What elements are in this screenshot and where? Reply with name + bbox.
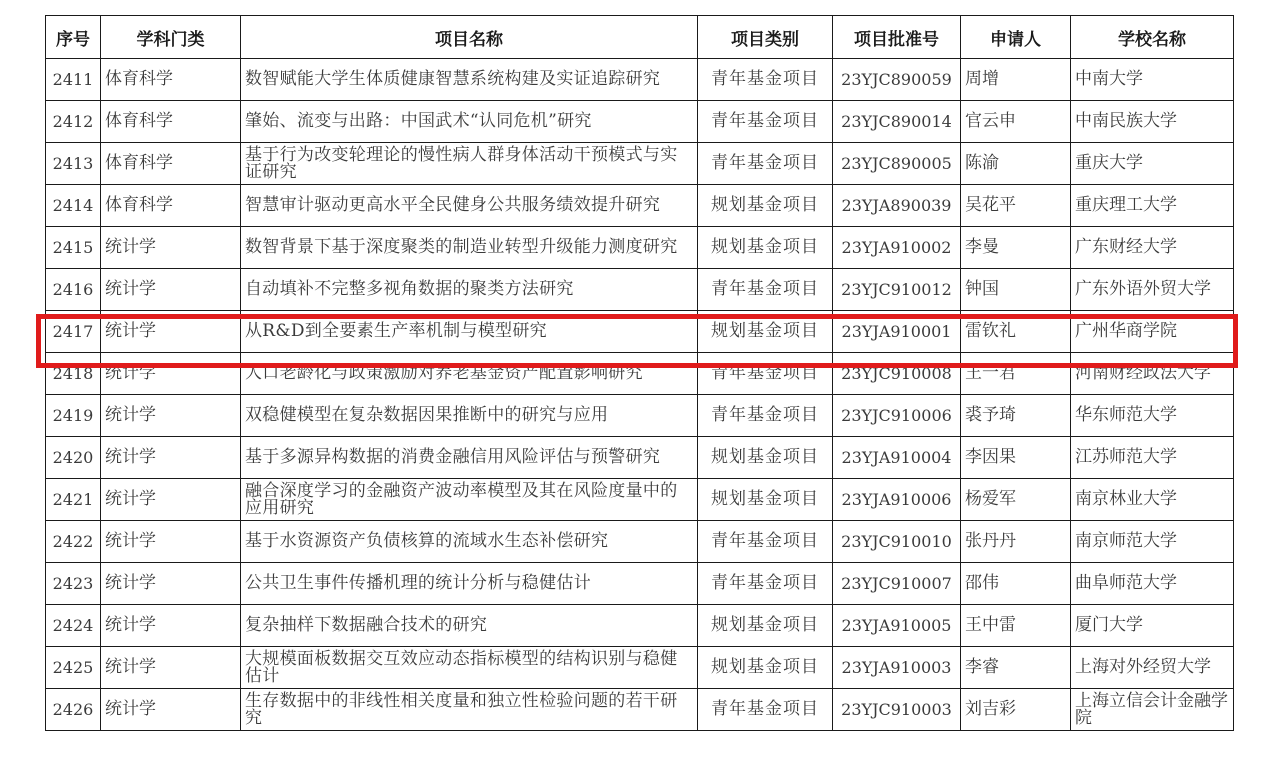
cell-approval-code: 23YJC910003 bbox=[833, 689, 961, 731]
cell-applicant: 钟国 bbox=[961, 269, 1071, 311]
cell-school: 厦门大学 bbox=[1071, 605, 1234, 647]
table-row: 2420 统计学 基于多源异构数据的消费金融信用风险评估与预警研究 规划基金项目… bbox=[46, 437, 1234, 479]
cell-project-type: 规划基金项目 bbox=[698, 605, 833, 647]
cell-project-type: 规划基金项目 bbox=[698, 437, 833, 479]
cell-project-type: 青年基金项目 bbox=[698, 143, 833, 185]
cell-approval-code: 23YJC910008 bbox=[833, 353, 961, 395]
cell-approval-code: 23YJA910006 bbox=[833, 479, 961, 521]
cell-approval-code: 23YJA910004 bbox=[833, 437, 961, 479]
cell-project-name: 融合深度学习的金融资产波动率模型及其在风险度量中的应用研究 bbox=[241, 479, 698, 521]
cell-discipline: 统计学 bbox=[101, 689, 241, 731]
cell-approval-code: 23YJC890014 bbox=[833, 101, 961, 143]
column-header-school: 学校名称 bbox=[1071, 16, 1234, 59]
cell-no: 2426 bbox=[46, 689, 101, 731]
cell-applicant: 官云申 bbox=[961, 101, 1071, 143]
cell-project-name: 双稳健模型在复杂数据因果推断中的研究与应用 bbox=[241, 395, 698, 437]
cell-school: 华东师范大学 bbox=[1071, 395, 1234, 437]
table-row: 2424 统计学 复杂抽样下数据融合技术的研究 规划基金项目 23YJA9100… bbox=[46, 605, 1234, 647]
cell-discipline: 统计学 bbox=[101, 353, 241, 395]
cell-no: 2424 bbox=[46, 605, 101, 647]
column-header-applicant: 申请人 bbox=[961, 16, 1071, 59]
cell-project-name: 肇始、流变与出路：中国武术“认同危机”研究 bbox=[241, 101, 698, 143]
cell-school: 中南大学 bbox=[1071, 59, 1234, 101]
cell-no: 2411 bbox=[46, 59, 101, 101]
cell-project-name: 基于行为改变轮理论的慢性病人群身体活动干预模式与实证研究 bbox=[241, 143, 698, 185]
cell-discipline: 体育科学 bbox=[101, 101, 241, 143]
cell-discipline: 统计学 bbox=[101, 647, 241, 689]
table-row: 2421 统计学 融合深度学习的金融资产波动率模型及其在风险度量中的应用研究 规… bbox=[46, 479, 1234, 521]
cell-project-type: 规划基金项目 bbox=[698, 479, 833, 521]
cell-applicant: 吴花平 bbox=[961, 185, 1071, 227]
cell-school: 上海对外经贸大学 bbox=[1071, 647, 1234, 689]
cell-discipline: 统计学 bbox=[101, 521, 241, 563]
cell-school: 中南民族大学 bbox=[1071, 101, 1234, 143]
cell-no: 2418 bbox=[46, 353, 101, 395]
cell-discipline: 统计学 bbox=[101, 269, 241, 311]
table-header-row: 序号 学科门类 项目名称 项目类别 项目批准号 申请人 学校名称 bbox=[46, 16, 1234, 59]
cell-school: 南京林业大学 bbox=[1071, 479, 1234, 521]
table-row: 2419 统计学 双稳健模型在复杂数据因果推断中的研究与应用 青年基金项目 23… bbox=[46, 395, 1234, 437]
cell-no: 2414 bbox=[46, 185, 101, 227]
cell-discipline: 统计学 bbox=[101, 395, 241, 437]
cell-applicant: 裘予琦 bbox=[961, 395, 1071, 437]
cell-project-type: 青年基金项目 bbox=[698, 353, 833, 395]
cell-no: 2415 bbox=[46, 227, 101, 269]
cell-project-type: 规划基金项目 bbox=[698, 647, 833, 689]
cell-no: 2416 bbox=[46, 269, 101, 311]
cell-school: 重庆理工大学 bbox=[1071, 185, 1234, 227]
cell-school: 上海立信会计金融学院 bbox=[1071, 689, 1234, 731]
cell-project-name: 从R&D到全要素生产率机制与模型研究 bbox=[241, 311, 698, 353]
cell-approval-code: 23YJC890005 bbox=[833, 143, 961, 185]
cell-project-name: 智慧审计驱动更高水平全民健身公共服务绩效提升研究 bbox=[241, 185, 698, 227]
cell-applicant: 张丹丹 bbox=[961, 521, 1071, 563]
cell-approval-code: 23YJC910007 bbox=[833, 563, 961, 605]
table-row: 2418 统计学 人口老龄化与政策激励对养老基金资产配置影响研究 青年基金项目 … bbox=[46, 353, 1234, 395]
cell-approval-code: 23YJC910010 bbox=[833, 521, 961, 563]
cell-school: 河南财经政法大学 bbox=[1071, 353, 1234, 395]
cell-project-type: 规划基金项目 bbox=[698, 311, 833, 353]
cell-approval-code: 23YJA910001 bbox=[833, 311, 961, 353]
cell-no: 2412 bbox=[46, 101, 101, 143]
cell-project-type: 青年基金项目 bbox=[698, 59, 833, 101]
column-header-no: 序号 bbox=[46, 16, 101, 59]
cell-applicant: 杨爱军 bbox=[961, 479, 1071, 521]
cell-applicant: 李睿 bbox=[961, 647, 1071, 689]
cell-no: 2413 bbox=[46, 143, 101, 185]
cell-project-type: 青年基金项目 bbox=[698, 395, 833, 437]
project-list-table: 序号 学科门类 项目名称 项目类别 项目批准号 申请人 学校名称 2411 体育… bbox=[45, 15, 1234, 731]
cell-no: 2423 bbox=[46, 563, 101, 605]
cell-project-type: 青年基金项目 bbox=[698, 689, 833, 731]
column-header-project-type: 项目类别 bbox=[698, 16, 833, 59]
cell-project-type: 规划基金项目 bbox=[698, 185, 833, 227]
cell-applicant: 陈渝 bbox=[961, 143, 1071, 185]
cell-approval-code: 23YJC890059 bbox=[833, 59, 961, 101]
cell-project-name: 复杂抽样下数据融合技术的研究 bbox=[241, 605, 698, 647]
cell-school: 南京师范大学 bbox=[1071, 521, 1234, 563]
project-list-table-container: 序号 学科门类 项目名称 项目类别 项目批准号 申请人 学校名称 2411 体育… bbox=[45, 15, 1233, 731]
cell-discipline: 体育科学 bbox=[101, 59, 241, 101]
cell-discipline: 统计学 bbox=[101, 311, 241, 353]
cell-applicant: 李因果 bbox=[961, 437, 1071, 479]
cell-school: 广东外语外贸大学 bbox=[1071, 269, 1234, 311]
table-row-highlighted: 2417 统计学 从R&D到全要素生产率机制与模型研究 规划基金项目 23YJA… bbox=[46, 311, 1234, 353]
cell-school: 江苏师范大学 bbox=[1071, 437, 1234, 479]
table-row: 2414 体育科学 智慧审计驱动更高水平全民健身公共服务绩效提升研究 规划基金项… bbox=[46, 185, 1234, 227]
cell-applicant: 刘吉彩 bbox=[961, 689, 1071, 731]
cell-project-type: 青年基金项目 bbox=[698, 563, 833, 605]
cell-project-type: 青年基金项目 bbox=[698, 269, 833, 311]
cell-discipline: 体育科学 bbox=[101, 185, 241, 227]
cell-discipline: 统计学 bbox=[101, 227, 241, 269]
cell-project-name: 自动填补不完整多视角数据的聚类方法研究 bbox=[241, 269, 698, 311]
cell-applicant: 邵伟 bbox=[961, 563, 1071, 605]
cell-no: 2425 bbox=[46, 647, 101, 689]
column-header-discipline: 学科门类 bbox=[101, 16, 241, 59]
table-row: 2416 统计学 自动填补不完整多视角数据的聚类方法研究 青年基金项目 23YJ… bbox=[46, 269, 1234, 311]
cell-discipline: 统计学 bbox=[101, 437, 241, 479]
cell-approval-code: 23YJA890039 bbox=[833, 185, 961, 227]
cell-school: 曲阜师范大学 bbox=[1071, 563, 1234, 605]
cell-approval-code: 23YJA910002 bbox=[833, 227, 961, 269]
cell-discipline: 体育科学 bbox=[101, 143, 241, 185]
cell-project-name: 公共卫生事件传播机理的统计分析与稳健估计 bbox=[241, 563, 698, 605]
cell-discipline: 统计学 bbox=[101, 605, 241, 647]
cell-no: 2419 bbox=[46, 395, 101, 437]
cell-project-name: 数智背景下基于深度聚类的制造业转型升级能力测度研究 bbox=[241, 227, 698, 269]
cell-project-type: 规划基金项目 bbox=[698, 227, 833, 269]
cell-project-name: 基于多源异构数据的消费金融信用风险评估与预警研究 bbox=[241, 437, 698, 479]
table-row: 2425 统计学 大规模面板数据交互效应动态指标模型的结构识别与稳健估计 规划基… bbox=[46, 647, 1234, 689]
cell-project-type: 青年基金项目 bbox=[698, 101, 833, 143]
table-row: 2413 体育科学 基于行为改变轮理论的慢性病人群身体活动干预模式与实证研究 青… bbox=[46, 143, 1234, 185]
table-row: 2415 统计学 数智背景下基于深度聚类的制造业转型升级能力测度研究 规划基金项… bbox=[46, 227, 1234, 269]
cell-school: 广东财经大学 bbox=[1071, 227, 1234, 269]
column-header-project-name: 项目名称 bbox=[241, 16, 698, 59]
cell-no: 2420 bbox=[46, 437, 101, 479]
cell-applicant: 王中雷 bbox=[961, 605, 1071, 647]
table-row: 2411 体育科学 数智赋能大学生体质健康智慧系统构建及实证追踪研究 青年基金项… bbox=[46, 59, 1234, 101]
cell-approval-code: 23YJC910012 bbox=[833, 269, 961, 311]
cell-approval-code: 23YJA910003 bbox=[833, 647, 961, 689]
table-row: 2426 统计学 生存数据中的非线性相关度量和独立性检验问题的若干研究 青年基金… bbox=[46, 689, 1234, 731]
cell-applicant: 李曼 bbox=[961, 227, 1071, 269]
cell-no: 2421 bbox=[46, 479, 101, 521]
cell-project-type: 青年基金项目 bbox=[698, 521, 833, 563]
cell-project-name: 基于水资源资产负债核算的流域水生态补偿研究 bbox=[241, 521, 698, 563]
cell-applicant: 王一君 bbox=[961, 353, 1071, 395]
column-header-approval-code: 项目批准号 bbox=[833, 16, 961, 59]
cell-approval-code: 23YJA910005 bbox=[833, 605, 961, 647]
table-row: 2412 体育科学 肇始、流变与出路：中国武术“认同危机”研究 青年基金项目 2… bbox=[46, 101, 1234, 143]
cell-discipline: 统计学 bbox=[101, 563, 241, 605]
cell-project-name: 大规模面板数据交互效应动态指标模型的结构识别与稳健估计 bbox=[241, 647, 698, 689]
cell-school: 广州华商学院 bbox=[1071, 311, 1234, 353]
cell-applicant: 雷钦礼 bbox=[961, 311, 1071, 353]
cell-approval-code: 23YJC910006 bbox=[833, 395, 961, 437]
cell-no: 2422 bbox=[46, 521, 101, 563]
cell-discipline: 统计学 bbox=[101, 479, 241, 521]
cell-applicant: 周增 bbox=[961, 59, 1071, 101]
cell-school: 重庆大学 bbox=[1071, 143, 1234, 185]
cell-project-name: 生存数据中的非线性相关度量和独立性检验问题的若干研究 bbox=[241, 689, 698, 731]
cell-project-name: 数智赋能大学生体质健康智慧系统构建及实证追踪研究 bbox=[241, 59, 698, 101]
cell-project-name: 人口老龄化与政策激励对养老基金资产配置影响研究 bbox=[241, 353, 698, 395]
table-row: 2423 统计学 公共卫生事件传播机理的统计分析与稳健估计 青年基金项目 23Y… bbox=[46, 563, 1234, 605]
table-row: 2422 统计学 基于水资源资产负债核算的流域水生态补偿研究 青年基金项目 23… bbox=[46, 521, 1234, 563]
cell-no: 2417 bbox=[46, 311, 101, 353]
